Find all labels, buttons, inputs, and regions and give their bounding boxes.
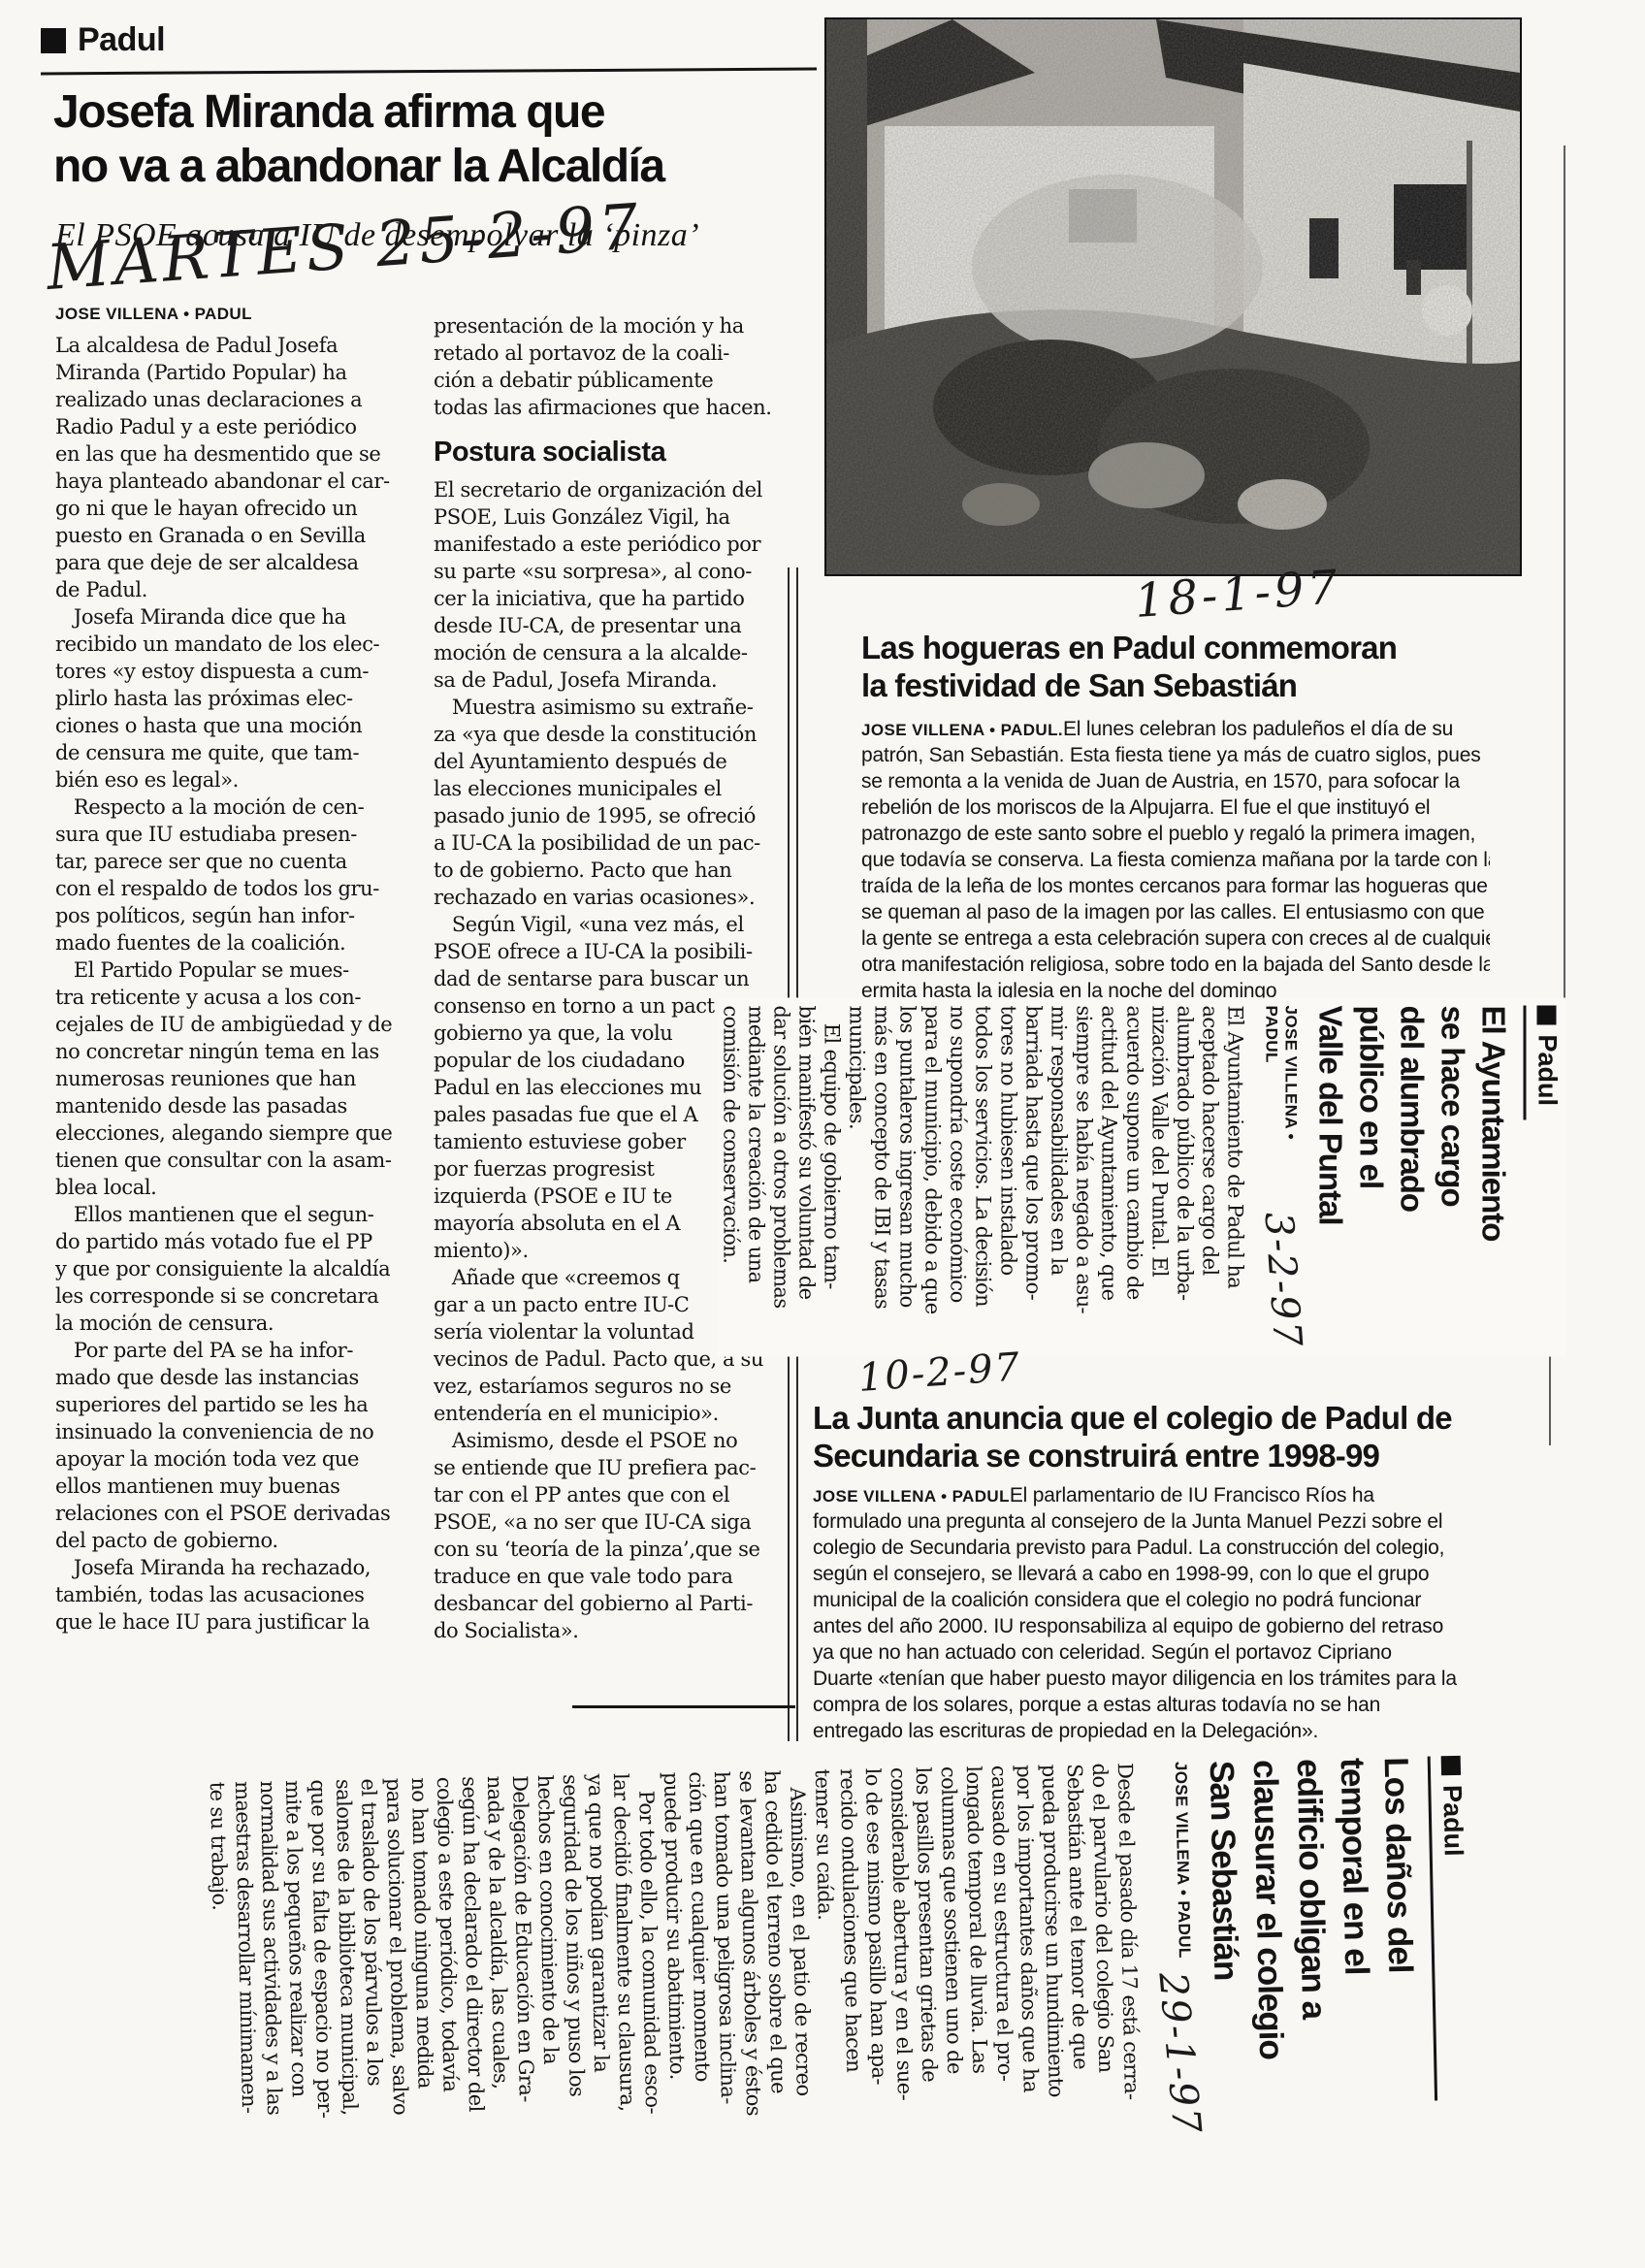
headline-line: se hace cargo xyxy=(1433,1006,1473,1349)
text-line: ción a debatir públicamente xyxy=(434,367,775,394)
newspaper-page: Padul Josefa Miranda afirma que no va a … xyxy=(0,0,1645,2268)
rotated-clipping-danos: Padul Los daños deltemporal en eledifici… xyxy=(48,1761,1474,2168)
text-line: Según Vigil, «una vez más, el xyxy=(434,911,775,938)
byline-alumbrado: JOSE VILLENA • PADUL xyxy=(1262,1006,1301,1199)
photo-hogueras-image xyxy=(826,19,1520,574)
text-line: de Padul. xyxy=(55,576,403,603)
text-line: cejales de IU de ambigüedad y de xyxy=(55,1011,403,1038)
text-line: patrón, San Sebastián. Esta fiesta tiene… xyxy=(861,742,1490,768)
text-line: mado fuentes de la coalición. xyxy=(55,929,403,956)
text-line: antes del año 2000. IU responsabiliza al… xyxy=(813,1613,1497,1639)
section-square-icon xyxy=(1537,1006,1557,1025)
text-line: elecciones, alegando siempre que xyxy=(55,1119,403,1147)
text-line: entregado las escrituras de propiedad en… xyxy=(813,1718,1497,1744)
text-line: plirlo hasta las próximas elec- xyxy=(55,685,403,712)
byline-hogueras: JOSE VILLENA • PADUL. xyxy=(861,721,1063,739)
photo-hogueras xyxy=(824,17,1522,576)
text-line: go ni que le hayan ofrecido un xyxy=(55,495,403,522)
text-line: municipales. xyxy=(845,1006,870,1349)
danos-section-header: Padul xyxy=(1428,1756,1473,2101)
text-line: PSOE, «a no ser que IU-CA siga xyxy=(434,1508,775,1536)
text-line: do partido más votado fue el PP xyxy=(55,1228,403,1255)
text-line: tores no hubiesen instalado xyxy=(996,1006,1021,1349)
text-line: barriada hasta que los promo- xyxy=(1021,1006,1047,1349)
headline-josefa-line2: no va a abandonar la Alcaldía xyxy=(53,140,664,194)
text-line: Por parte del PA se ha infor- xyxy=(55,1337,403,1364)
text-line: desde IU-CA, de presentar una xyxy=(434,612,775,639)
text-line: compra de los solares, porque a estas al… xyxy=(813,1692,1497,1718)
text-line: comisión de conservación. xyxy=(719,1006,744,1349)
section-label: Padul xyxy=(78,21,165,59)
text-line: según el consejero, se llevará a cabo en… xyxy=(813,1561,1497,1587)
josefa-column-1: La alcaldesa de Padul JosefaMiranda (Par… xyxy=(55,332,403,1643)
text-line: acuerdo supone un cambio de xyxy=(1122,1006,1147,1349)
text-line: que todavía se conserva. La fiesta comie… xyxy=(861,847,1490,873)
text-line: municipal de la coalición considera que … xyxy=(813,1587,1497,1613)
headline-josefa-line1: Josefa Miranda afirma que xyxy=(53,85,664,140)
section-rule xyxy=(41,68,817,76)
text-line: El equipo de gobierno tam- xyxy=(820,1006,845,1349)
text-line: su parte «su sorpresa», al cono- xyxy=(434,558,775,585)
text-line: aceptado hacerse cargo del xyxy=(1198,1006,1223,1349)
text-line: El Ayuntamiento de Padul ha xyxy=(1223,1006,1248,1349)
text-line: ya que no han actuado con celeridad. Seg… xyxy=(813,1639,1497,1666)
text-line: se queman al paso de la imagen por las c… xyxy=(861,899,1490,925)
text-line: relaciones con el PSOE derivadas xyxy=(55,1500,403,1527)
text-line: pasado junio de 1995, se ofreció xyxy=(434,802,775,829)
headline-junta-line1: La Junta anuncia que el colegio de Padul… xyxy=(813,1399,1452,1437)
text-line: manifestado a este periódico por xyxy=(434,531,775,558)
headline-line: temporal en el xyxy=(1331,1758,1382,2147)
text-line: siempre se había negado a asu- xyxy=(1072,1006,1097,1349)
alumbrado-byline-row: JOSE VILLENA • PADUL 3-2-97 xyxy=(1256,1006,1301,1349)
text-line: blea local. xyxy=(55,1174,403,1201)
text-line: tar, parece ser que no cuenta xyxy=(55,848,403,875)
text-line: se remonta a la venida de Juan de Austri… xyxy=(861,768,1490,794)
text-line: en las que ha desmentido que se xyxy=(55,440,403,468)
section-square-icon xyxy=(41,28,66,53)
text-line: todos los servicios. La decisión xyxy=(971,1006,996,1349)
text-line: con el respaldo de todos los gru- xyxy=(55,875,403,902)
text-line: numerosas reuniones que han xyxy=(55,1065,403,1092)
headline-hogueras: Las hogueras en Padul conmemoran la fest… xyxy=(861,629,1397,704)
text-line: tores «y estoy dispuesta a cum- xyxy=(55,658,403,685)
headline-line: público en el xyxy=(1351,1006,1392,1349)
text-line: Respecto a la moción de cen- xyxy=(55,794,403,821)
text-line: desbancar del gobierno al Parti- xyxy=(434,1590,775,1617)
text-line: dar solución a otros problemas xyxy=(769,1006,794,1349)
text-line: cer la iniciativa, que ha partido xyxy=(434,585,775,612)
text-line: realizado unas declaraciones a xyxy=(55,386,403,413)
text-line: sura que IU estudiaba presen- xyxy=(55,821,403,848)
headline-junta-line2: Secundaria se construirá entre 1998-99 xyxy=(813,1437,1452,1474)
text-line: alumbrado público de la urba- xyxy=(1173,1006,1198,1349)
headline-line: Los daños del xyxy=(1374,1757,1426,2146)
junta-lead: El parlamentario de IU Francisco Ríos ha xyxy=(1010,1484,1374,1507)
josefa-col2-intro: presentación de la moción y haretado al … xyxy=(434,312,775,421)
text-line: El Partido Popular se mues- xyxy=(55,956,403,984)
headline-danos: Los daños deltemporal en eledificio obli… xyxy=(1200,1757,1426,2150)
josefa-column-2: presentación de la moción y haretado al … xyxy=(434,312,775,1670)
text-line: del Ayuntamiento después de xyxy=(434,748,775,775)
text-line: y que por consiguiente la alcaldía xyxy=(55,1255,403,1282)
text-line: traída de la leña de los montes cercanos… xyxy=(861,873,1490,899)
text-line: rebelión de los moriscos de la Alpujarra… xyxy=(861,794,1490,821)
text-line: que le hace IU para justificar la xyxy=(55,1608,403,1636)
text-line: PSOE, Luis González Vigil, ha xyxy=(434,503,775,531)
text-line: Asimismo, desde el PSOE no xyxy=(434,1427,775,1454)
headline-line: del alumbrado xyxy=(1392,1006,1433,1349)
danos-body: Desde el pasado día 17 está cerra-do el … xyxy=(205,1763,1145,2170)
scan-artifact-line xyxy=(1564,146,1565,1077)
text-line: pos políticos, según han infor- xyxy=(55,902,403,929)
text-line: presentación de la moción y ha xyxy=(434,312,775,340)
text-line: no concretar ningún tema en las xyxy=(55,1038,403,1065)
subhead-postura-socialista: Postura socialista xyxy=(434,437,775,469)
text-line: para el municipio, debido a que xyxy=(920,1006,946,1349)
text-line: Josefa Miranda dice que ha xyxy=(55,603,403,631)
section-header: Padul xyxy=(41,21,165,59)
junta-body: JOSE VILLENA • PADULEl parlamentario de … xyxy=(813,1482,1497,1754)
headline-line: edificio obligan a xyxy=(1287,1759,1339,2148)
text-line: Ellos mantienen que el segun- xyxy=(55,1201,403,1228)
text-line: El secretario de organización del xyxy=(434,476,775,503)
text-line: PSOE ofrece a IU-CA la posibili- xyxy=(434,938,775,965)
text-line: Miranda (Partido Popular) ha xyxy=(55,359,403,386)
text-line: del pacto de gobierno. xyxy=(55,1527,403,1554)
text-line: no supondría coste económico xyxy=(946,1006,971,1349)
hogueras-body: JOSE VILLENA • PADUL.El lunes celebran l… xyxy=(861,716,1490,1007)
text-line: rechazado en varias ocasiones». xyxy=(434,884,775,911)
text-line: apoyar la moción toda vez que xyxy=(55,1445,403,1473)
text-line: mediante la creación de una xyxy=(744,1006,769,1349)
josefa-end-rule xyxy=(572,1705,795,1708)
text-line: mir responsabilidades en la xyxy=(1047,1006,1072,1349)
section-label: Padul xyxy=(1532,1035,1563,1107)
text-line: a IU-CA la posibilidad de un pac- xyxy=(434,829,775,857)
text-line: za «ya que desde la constitución xyxy=(434,721,775,748)
text-line: la moción de censura. xyxy=(55,1310,403,1337)
headline-hogueras-line2: la festividad de San Sebastián xyxy=(861,666,1397,704)
text-line: bién manifestó su voluntad de xyxy=(794,1006,820,1349)
text-line: otra manifestación religiosa, sobre todo… xyxy=(861,952,1490,978)
headline-line: El Ayuntamiento xyxy=(1473,1006,1514,1349)
text-line: tienen que consultar con la asam- xyxy=(55,1147,403,1174)
text-line: recibido un mandato de los elec- xyxy=(55,631,403,658)
headline-hogueras-line1: Las hogueras en Padul conmemoran xyxy=(861,629,1397,666)
text-line: tar con el PP antes que con el xyxy=(434,1481,775,1508)
text-line: se entiende que IU prefiera pac- xyxy=(434,1454,775,1481)
text-line: bién eso es legal». xyxy=(55,766,403,794)
text-line: todas las afirmaciones que hacen. xyxy=(434,394,775,421)
headline-junta: La Junta anuncia que el colegio de Padul… xyxy=(813,1399,1452,1474)
text-line: Josefa Miranda ha rechazado, xyxy=(55,1554,403,1581)
text-line: más en concepto de IBI y tasas xyxy=(870,1006,895,1349)
text-line: tra reticente y acusa a los con- xyxy=(55,984,403,1011)
headline-line: San Sebastián xyxy=(1200,1761,1251,2150)
text-line: traduce en que vale todo para xyxy=(434,1563,775,1590)
section-label: Padul xyxy=(1436,1785,1468,1857)
text-line: JOSE VILLENA • PADULEl parlamentario de … xyxy=(813,1482,1497,1508)
text-line: Muestra asimismo su extrañe- xyxy=(434,694,775,721)
text-line: La alcaldesa de Padul Josefa xyxy=(55,332,403,359)
alumbrado-body: El Ayuntamiento de Padul haaceptado hace… xyxy=(719,1006,1248,1349)
text-line: nización Valle del Puntal. El xyxy=(1147,1006,1173,1349)
byline-danos: JOSE VILLENA • PADUL xyxy=(1171,1762,1194,1959)
text-line: Radio Padul y a este periódico xyxy=(55,413,403,440)
handwritten-date-josefa: MARTES 25-2-97 xyxy=(44,191,644,305)
text-line: vez, estaríamos seguros no se xyxy=(434,1373,775,1400)
text-line: patronazgo de este santo sobre el pueblo… xyxy=(861,821,1490,847)
hogueras-body-lines: patrón, San Sebastián. Esta fiesta tiene… xyxy=(861,742,1490,1004)
text-line: Duarte «tenían que haber puesto mayor di… xyxy=(813,1666,1497,1692)
text-line: JOSE VILLENA • PADUL.El lunes celebran l… xyxy=(861,716,1490,742)
alumbrado-clipping: Padul El Ayuntamientose hace cargodel al… xyxy=(718,998,1566,1357)
headline-alumbrado: El Ayuntamientose hace cargodel alumbrad… xyxy=(1310,1006,1514,1349)
text-line: también, todas las acusaciones xyxy=(55,1581,403,1608)
text-line: les corresponde si se concretara xyxy=(55,1282,403,1310)
text-line: sa de Padul, Josefa Miranda. xyxy=(434,666,775,694)
byline-junta: JOSE VILLENA • PADUL xyxy=(813,1487,1010,1506)
text-line: de censura me quite, que tam- xyxy=(55,739,403,766)
byline-josefa: JOSE VILLENA • PADUL xyxy=(55,305,252,324)
text-line: las elecciones municipales el xyxy=(434,775,775,802)
text-line: retado al portavoz de la coali- xyxy=(434,340,775,367)
text-line: ciones o hasta que una moción xyxy=(55,712,403,739)
text-line: actitud del Ayuntamiento, que xyxy=(1097,1006,1122,1349)
text-line: to de gobierno. Pacto que han xyxy=(434,857,775,884)
headline-josefa: Josefa Miranda afirma que no va a abando… xyxy=(53,85,664,194)
text-line: entendería en el municipio». xyxy=(434,1400,775,1427)
alumbrado-section-header: Padul xyxy=(1524,1006,1563,1120)
handwritten-date-alumbrado: 3-2-97 xyxy=(1256,1211,1310,1350)
text-line: con su ‘teoría de la pinza’,que se xyxy=(434,1536,775,1563)
danos-clipping: Padul Los daños deltemporal en eledifici… xyxy=(45,1746,1478,2184)
text-line: do Socialista». xyxy=(434,1617,775,1644)
section-square-icon xyxy=(1441,1756,1461,1775)
text-line: mado que desde las instancias xyxy=(55,1364,403,1391)
hogueras-lead: El lunes celebran los paduleños el día d… xyxy=(1063,718,1453,740)
text-line: insinuado la conveniencia de no xyxy=(55,1418,403,1445)
danos-byline-row: JOSE VILLENA • PADUL 29-1-97 xyxy=(1145,1762,1198,2151)
rotated-clipping-alumbrado: Padul El Ayuntamientose hace cargodel al… xyxy=(718,997,1566,1356)
text-line: la gente se entrega a esta celebración s… xyxy=(861,925,1490,952)
junta-body-lines: formulado una pregunta al consejero de l… xyxy=(813,1508,1497,1744)
text-line: puesto en Granada o en Sevilla xyxy=(55,522,403,549)
text-line: ellos mantienen muy buenas xyxy=(55,1473,403,1500)
text-line: los puntaleros ingresan mucho xyxy=(895,1006,920,1349)
headline-line: clausurar el colegio xyxy=(1243,1760,1295,2149)
headline-line: Valle del Puntal xyxy=(1310,1006,1351,1349)
text-line: para que deje de ser alcaldesa xyxy=(55,549,403,576)
text-line: moción de censura a la alcalde- xyxy=(434,639,775,666)
text-line: dad de sentarse para buscar un xyxy=(434,965,775,992)
text-line: haya planteado abandonar el car- xyxy=(55,468,403,495)
text-line: formulado una pregunta al consejero de l… xyxy=(813,1508,1497,1535)
handwritten-date-danos: 29-1-97 xyxy=(1149,1970,1209,2137)
text-line: superiores del partido se les ha xyxy=(55,1391,403,1418)
text-line: colegio de Secundaria previsto para Padu… xyxy=(813,1535,1497,1561)
text-line: mantenido desde las pasadas xyxy=(55,1092,403,1119)
